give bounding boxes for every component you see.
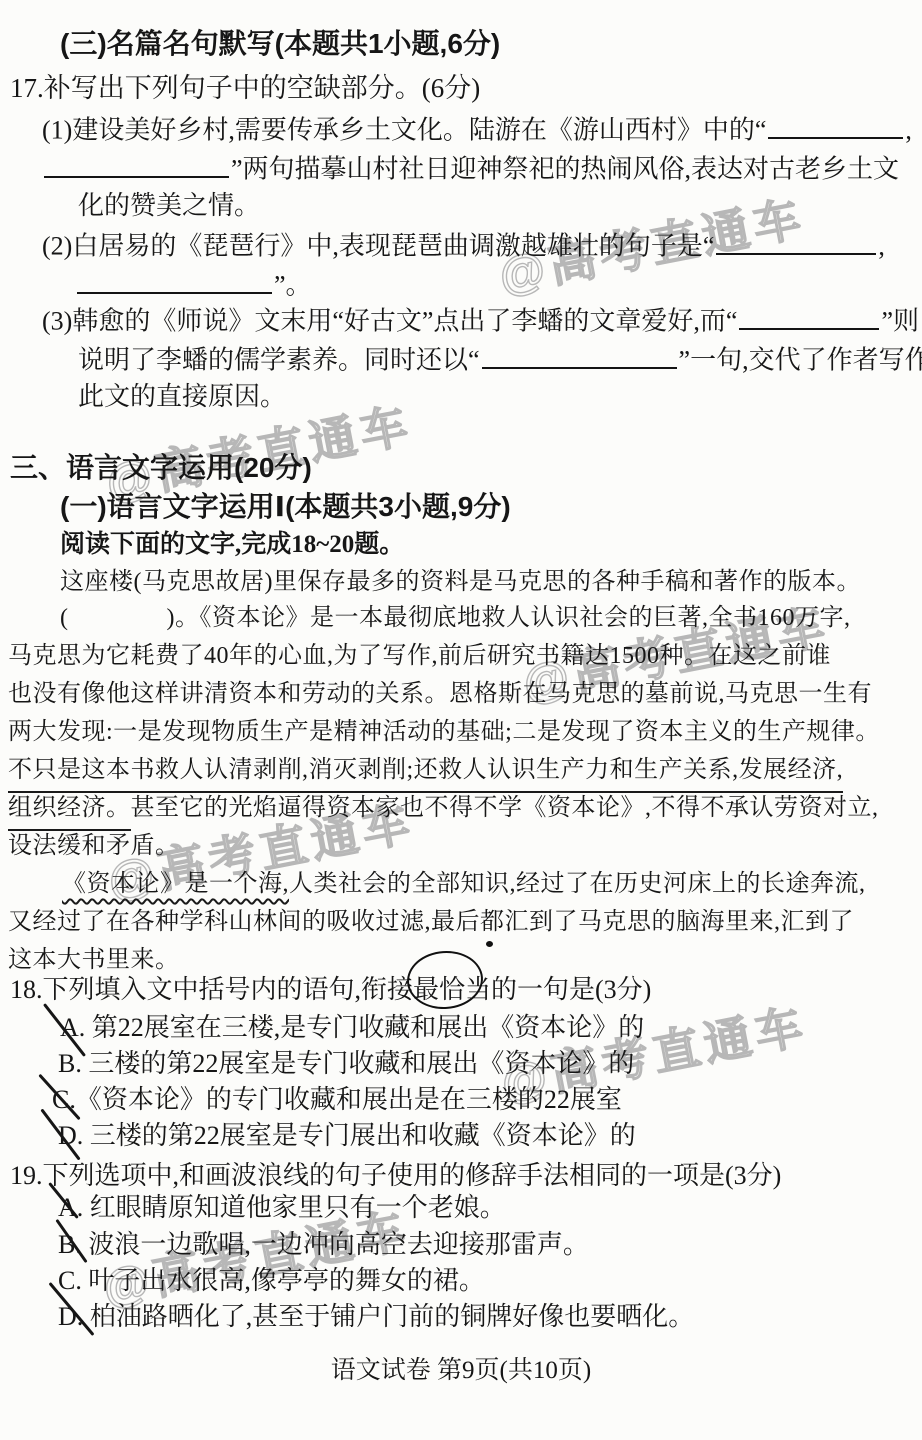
- q18-option-b: B. 三楼的第22展室是专门收藏和展出《资本论》的: [58, 1048, 634, 1080]
- passage-line-2: ( )。《资本论》是一本最彻底地救人认识社会的巨著,全书160万字,: [60, 602, 850, 634]
- q17-item-3-line-3: 此文的直接原因。: [78, 381, 286, 413]
- q17-item-2-comma: ,: [878, 232, 885, 261]
- q17-item-2-text: ”。: [274, 271, 312, 300]
- q17-stem: 17.补写出下列句子中的空缺部分。(6分): [10, 72, 480, 104]
- answer-blank: [44, 151, 229, 178]
- answer-blank: [77, 267, 272, 294]
- q17-item-1-comma: ,: [905, 116, 912, 145]
- passage-line-4: 也没有像他这样讲清资本和劳动的关系。恩格斯在马克思的墓前说,马克思一生有: [8, 678, 872, 710]
- straight-underline-sentence: 不只是这本书救人认清剥削,消灭剥削;还救人认识生产力和生产关系,发展经济,: [8, 754, 843, 793]
- passage-line-8: 设法缓和矛盾。: [8, 830, 180, 862]
- q17-item-1-text: ”两句描摹山村社日迎神祭祀的热闹风俗,表达对古老乡土文: [231, 155, 899, 184]
- q19-stem: 19.下列选项中,和画波浪线的句子使用的修辞手法相同的一项是(3分): [10, 1160, 781, 1192]
- q17-item-2-line-2: ”。: [75, 267, 312, 302]
- passage-text: 人类社会的全部知识,经过了在历史河床上的长途奔流,: [289, 871, 866, 897]
- answer-blank: [716, 228, 876, 255]
- q17-item-2-line-1: (2)白居易的《琵琶行》中,表现琵琶曲调激越雄壮的句子是“,: [42, 228, 885, 263]
- passage-line-7: 组织经济。甚至它的光焰逼得资本家也不得不学《资本论》,不得不承认劳资对立,: [8, 792, 879, 831]
- passage-line-9: 《资本论》是一个海,人类社会的全部知识,经过了在历史河床上的长途奔流,: [62, 868, 866, 900]
- exam-page: @高考直通车 @高考直通车 @高考直通车 @高考直通车 @高考直通车 @高考直通…: [0, 0, 922, 1440]
- passage-line-10: 又经过了在各种学科山林间的吸收过滤,最后都汇到了马克思的脑海里来,汇到了: [8, 906, 854, 938]
- q17-item-1-text: (1)建设美好乡村,需要传承乡土文化。陆游在《游山西村》中的“: [42, 116, 766, 145]
- answer-blank: [768, 112, 903, 139]
- q17-item-1-line-3: 化的赞美之情。: [78, 190, 260, 222]
- q18-option-d: D. 三楼的第22展室是专门展出和收藏《资本论》的: [58, 1120, 636, 1152]
- wavy-underline-sentence: 《资本论》是一个海,: [62, 871, 289, 897]
- passage-line-1: 这座楼(马克思故居)里保存最多的资料是马克思的各种手稿和著作的版本。: [60, 566, 861, 598]
- q17-item-3-text: ”则: [881, 307, 919, 336]
- section-3-heading: (三)名篇名句默写(本题共1小题,6分): [60, 28, 500, 60]
- q19-option-a: A. 红眼睛原知道他家里只有一个老娘。: [58, 1192, 506, 1224]
- answer-blank: [482, 342, 677, 369]
- subsection-yuyan-1-heading: (一)语言文字运用Ⅰ(本题共3小题,9分): [60, 491, 511, 523]
- passage-line-5: 两大发现:一是发现物质生产是精神活动的基础;二是发现了资本主义的生产规律。: [8, 716, 880, 748]
- section-yuyan-heading: 三、语言文字运用(20分): [10, 452, 312, 484]
- q17-item-3-text: 说明了李蟠的儒学素养。同时还以“: [78, 346, 480, 375]
- q17-item-1-line-2: ”两句描摹山村社日迎神祭祀的热闹风俗,表达对古老乡土文: [42, 151, 899, 186]
- q18-option-c: C.《资本论》的专门收藏和展出是在三楼的22展室: [52, 1084, 622, 1116]
- passage-line-6-underlined: 不只是这本书救人认清剥削,消灭剥削;还救人认识生产力和生产关系,发展经济,: [8, 754, 843, 793]
- q17-item-3-text: ”一句,交代了作者写作: [679, 346, 922, 375]
- passage-line-11: 这本大书里来。: [8, 944, 180, 976]
- page-footer: 语文试卷 第9页(共10页): [0, 1350, 922, 1386]
- answer-blank: [739, 303, 879, 330]
- q17-item-1-line-1: (1)建设美好乡村,需要传承乡土文化。陆游在《游山西村》中的“,: [42, 112, 912, 147]
- q18-stem: 18.下列填入文中括号内的语句,衔接最恰当的一句是(3分): [10, 974, 651, 1006]
- q17-item-2-text: (2)白居易的《琵琶行》中,表现琵琶曲调激越雄壮的句子是“: [42, 232, 714, 261]
- reading-intro: 阅读下面的文字,完成18~20题。: [60, 529, 404, 561]
- q17-item-3-line-2: 说明了李蟠的儒学素养。同时还以“”一句,交代了作者写作: [78, 342, 922, 377]
- passage-text: 甚至它的光焰逼得资本家也不得不学《资本论》,不得不承认劳资对立,: [131, 795, 879, 821]
- q17-item-3-line-1: (3)韩愈的《师说》文末用“好古文”点出了李蟠的文章爱好,而“”则: [42, 303, 919, 338]
- q19-option-d: D. 柏油路晒化了,甚至于铺户门前的铜牌好像也要晒化。: [58, 1301, 694, 1333]
- passage-line-3: 马克思为它耗费了40年的心血,为了写作,前后研究书籍达1500种。在这之前谁: [8, 640, 831, 672]
- q19-option-b: B. 波浪一边歌唱,一边冲向高空去迎接那雷声。: [58, 1229, 589, 1261]
- straight-underline-sentence: 组织经济。: [8, 792, 131, 831]
- q19-option-c: C. 叶子出水很高,像亭亭的舞女的裙。: [58, 1265, 485, 1297]
- q17-item-3-text: (3)韩愈的《师说》文末用“好古文”点出了李蟠的文章爱好,而“: [42, 307, 737, 336]
- q18-option-a: A. 第22展室在三楼,是专门收藏和展出《资本论》的: [60, 1012, 644, 1044]
- dot-annotation: [486, 941, 493, 947]
